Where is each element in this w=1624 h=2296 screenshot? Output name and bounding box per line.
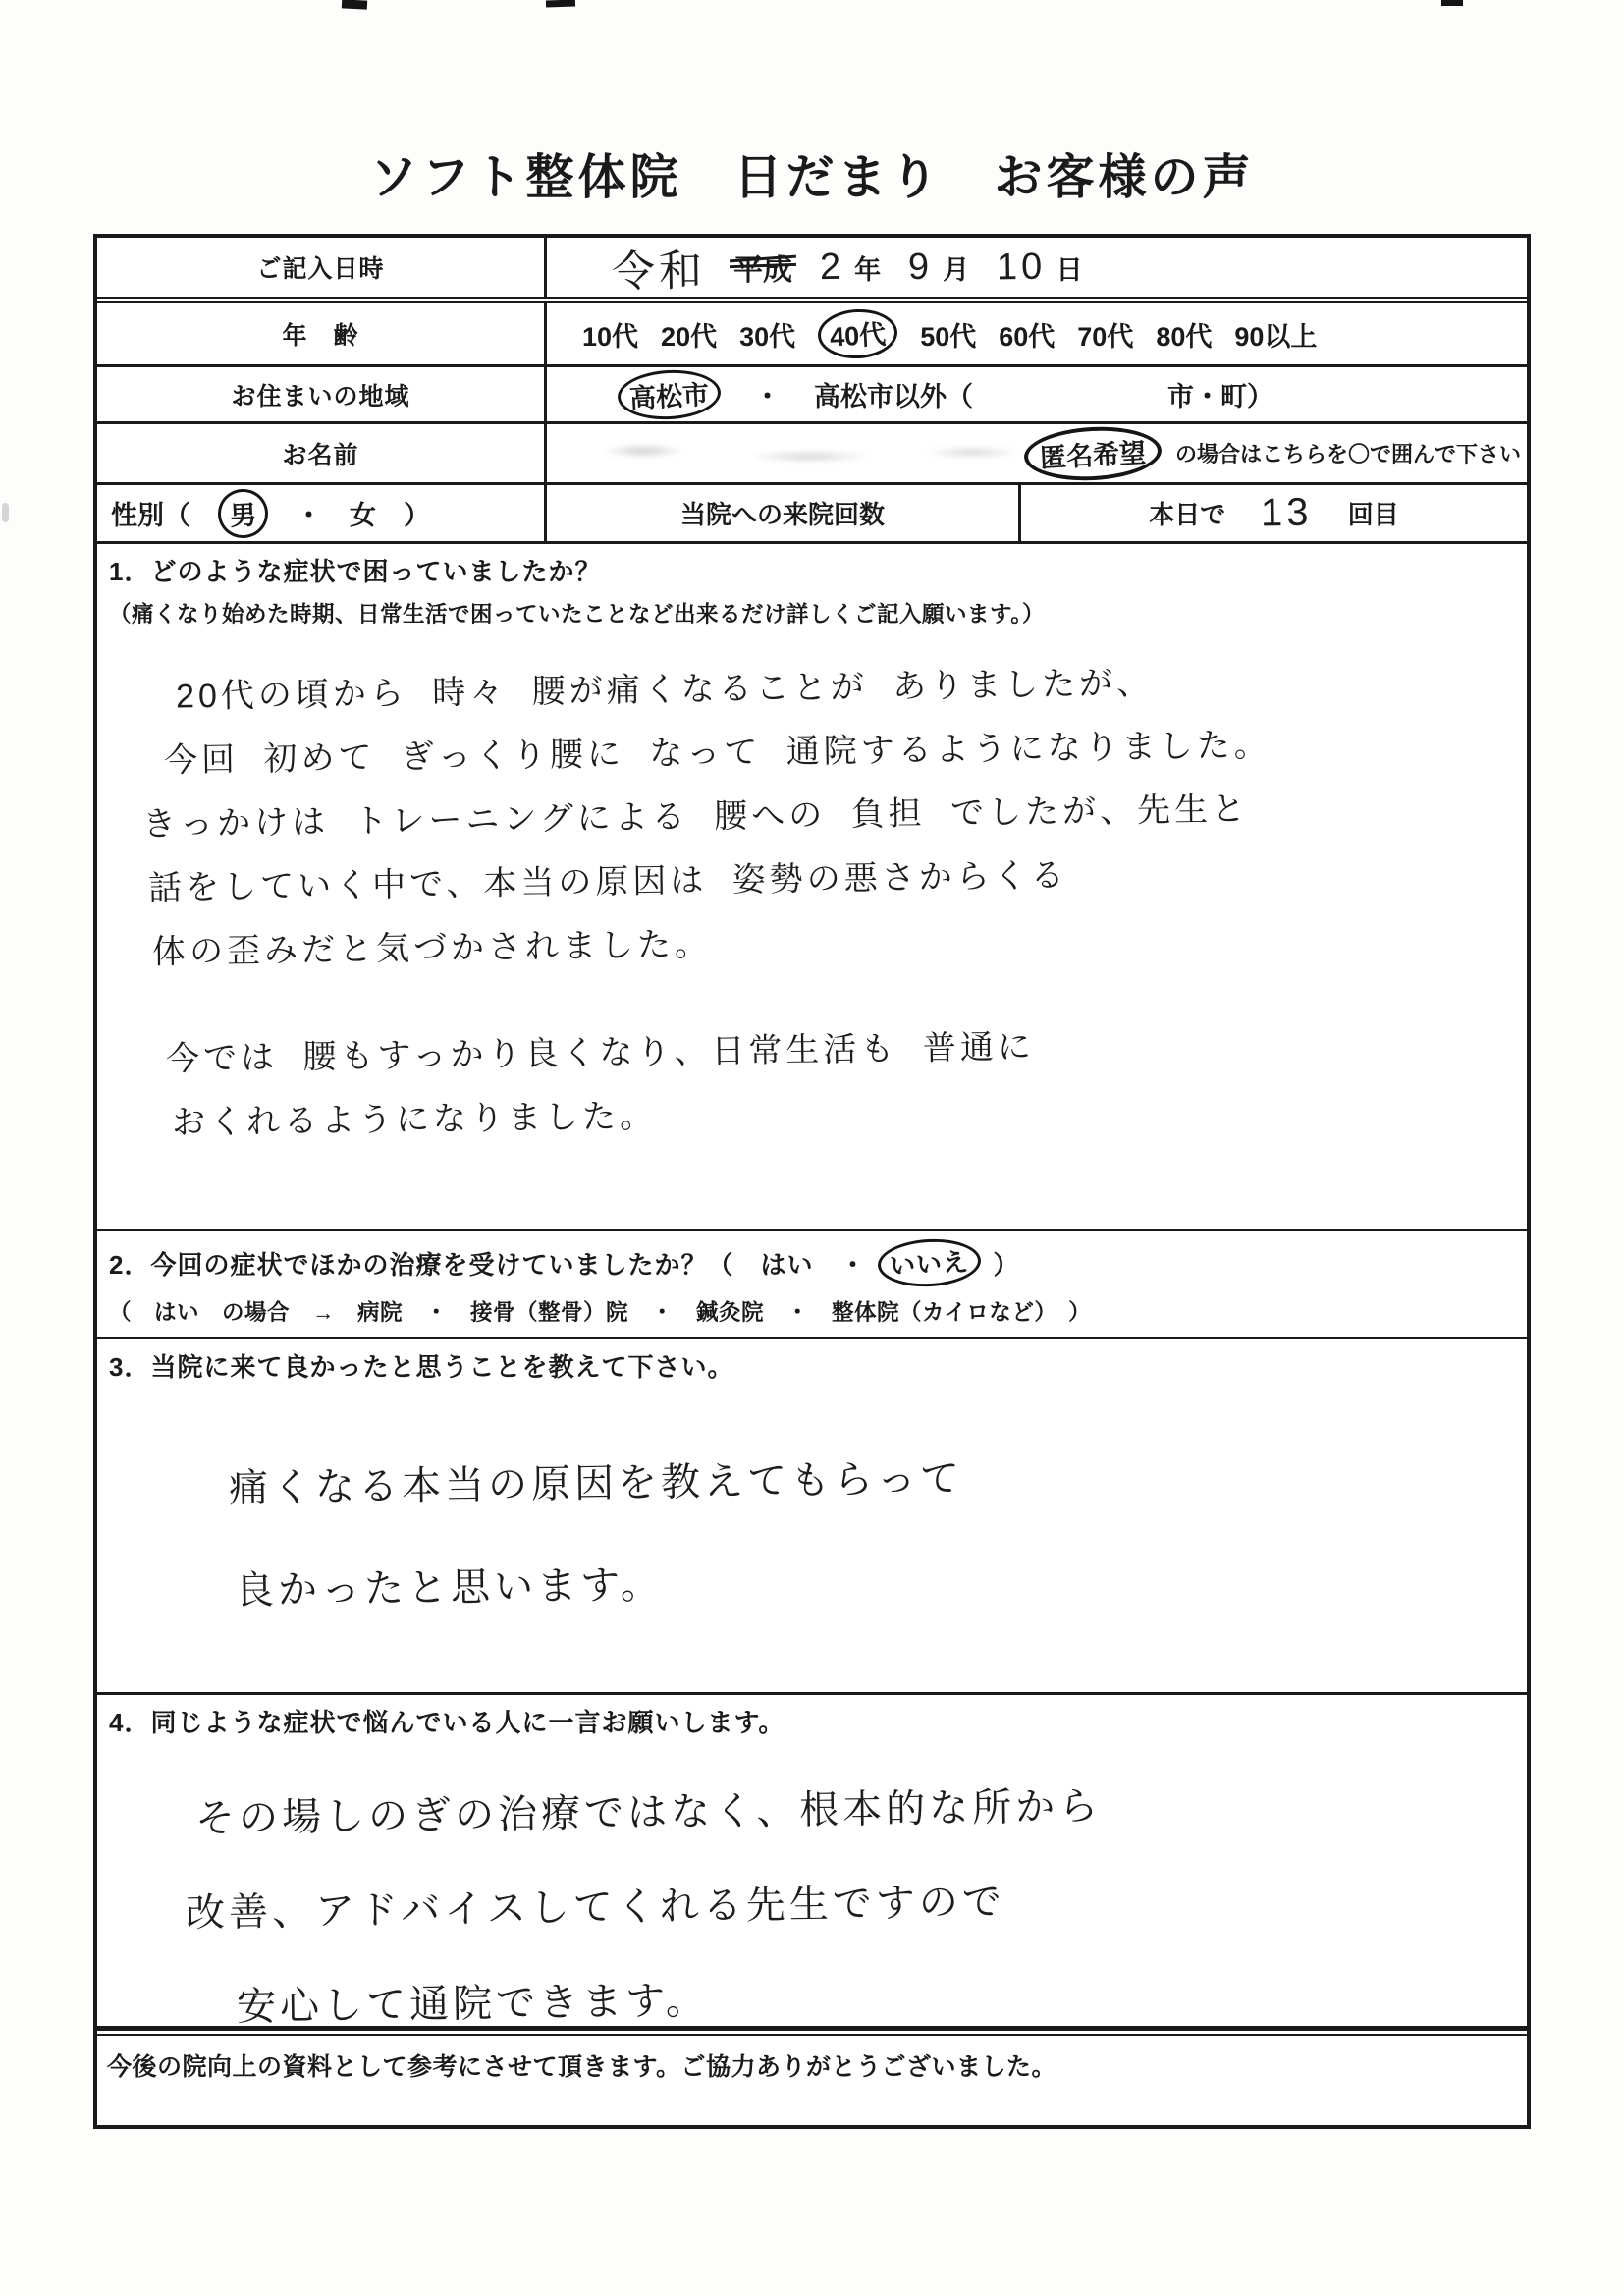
day-unit: 日 [1056, 248, 1083, 287]
question-1-heading: 1．どのような症状で困っていましたか？ [109, 552, 1515, 588]
handwritten-visit-count: 13 [1261, 491, 1313, 536]
visits-value-cell: 本日で 13 回目 [1021, 485, 1527, 541]
region-row-label: お住まいの地域 [97, 367, 547, 421]
day-pair: 10 日 [997, 246, 1082, 289]
month-pair: 9 月 [908, 246, 969, 289]
region-options: 高松市 ・ 高松市以外（ 市・町） [547, 367, 1527, 421]
question-1-note: （痛くなり始めた時期、日常生活で困っていたことなど出来るだけ詳しくご記入願います… [109, 597, 1515, 629]
year-unit: 年 [854, 248, 881, 287]
redacted-name-smudge [555, 440, 1046, 467]
gender-label-close: ） [404, 494, 430, 532]
printed-era-heisei-struck: 平成 [733, 246, 792, 289]
name-row-value: 匿名希望 の場合はこちらを〇で囲んで下さい [547, 424, 1527, 482]
date-row: ご記入日時 令和 平成 2 年 9 月 10 日 [97, 238, 1527, 303]
question-4-answer: その場しのぎの治療ではなく、根本的な所から 改善、アドバイスしてくれる先生ですの… [109, 1763, 1515, 2046]
answer-line: 改善、アドバイスしてくれる先生ですので [185, 1848, 1515, 1961]
gender-male-circled: 男 [217, 487, 270, 539]
handwritten-era-reiwa: 令和 [612, 235, 707, 299]
name-row-label: お名前 [97, 424, 547, 482]
gender-label-open: 性別（ [111, 494, 190, 532]
anonymous-option-circled: 匿名希望 [1023, 423, 1164, 483]
question-2-heading-prefix: 2．今回の症状でほかの治療を受けていましたか？（ はい ・ [109, 1245, 866, 1282]
scan-artifact [1441, 0, 1463, 6]
date-row-value: 令和 平成 2 年 9 月 10 日 [547, 238, 1527, 297]
answer-line: 痛くなる本当の原因を教えてもらって [228, 1420, 1515, 1540]
answer-line: その場しのぎの治療ではなく、根本的な所から [194, 1754, 1515, 1867]
gender-visits-row: 性別（ 男 ・ 女 ） 当院への来院回数 本日で 13 回目 [97, 485, 1527, 544]
scan-artifact [342, 0, 367, 10]
question-1-answer-paragraph-2: 今では 腰もすっかり良くなり、日常生活も 普通に おくれるようになりました。 [109, 1018, 1515, 1146]
handwritten-day: 10 [997, 246, 1047, 289]
age-option-90plus: 90以上 [1234, 315, 1317, 354]
question-4-heading: 4．同じような症状で悩んでいる人に一言お願いします。 [109, 1703, 1515, 1739]
question-3-answer: 痛くなる本当の原因を教えてもらって 良かったと思います。 [109, 1429, 1515, 1633]
region-option-other: 高松市以外（ [814, 375, 973, 413]
region-row: お住まいの地域 高松市 ・ 高松市以外（ 市・町） [97, 367, 1527, 424]
answer-line: 安心して通院できます。 [236, 1942, 1515, 2054]
visits-label: 当院への来院回数 [547, 485, 1021, 541]
handwritten-year: 2 [820, 246, 845, 288]
age-option-60s: 60代 [999, 315, 1055, 354]
handwritten-month: 9 [908, 246, 934, 288]
age-row-label: 年 齢 [97, 303, 547, 364]
age-option-10s: 10代 [582, 315, 638, 354]
region-option-takamatsu-circled: 高松市 [617, 367, 722, 421]
region-other-suffix: 市・町） [1167, 375, 1273, 413]
age-option-40s-circled: 40代 [817, 307, 899, 360]
year-pair: 2 年 [820, 246, 881, 289]
anonymous-instruction: の場合はこちらを〇で囲んで下さい [1175, 438, 1521, 468]
age-option-30s: 30代 [739, 315, 795, 354]
gender-cell: 性別（ 男 ・ 女 ） [97, 485, 547, 541]
age-options: 10代 20代 30代 40代 50代 60代 70代 80代 90以上 [547, 303, 1527, 364]
visits-prefix: 本日で [1149, 495, 1225, 531]
question-2-heading-suffix: ） [993, 1245, 1019, 1282]
page-title: ソフト整体院 日だまり お客様の声 [0, 139, 1624, 208]
question-2-answer-no-circled: いいえ [877, 1236, 982, 1288]
question-3-section: 3．当院に来て良かったと思うことを教えて下さい。 痛くなる本当の原因を教えてもら… [97, 1339, 1527, 1695]
question-1-answer: 20代の頃から 時々 腰が痛くなることが ありましたが、 今回 初めて ぎっくり… [109, 656, 1515, 975]
feedback-form-table: ご記入日時 令和 平成 2 年 9 月 10 日 年 齢 [93, 234, 1531, 2129]
scan-artifact [546, 0, 575, 8]
region-separator-dot: ・ [754, 375, 781, 413]
answer-line: 良かったと思います。 [234, 1522, 1515, 1642]
age-option-20s: 20代 [661, 315, 717, 354]
question-2-section: 2．今回の症状でほかの治療を受けていましたか？（ はい ・ いいえ ） （ はい… [97, 1231, 1527, 1339]
question-3-heading: 3．当院に来て良かったと思うことを教えて下さい。 [109, 1347, 1515, 1384]
gender-female: 女 [350, 494, 376, 532]
visits-suffix: 回目 [1348, 495, 1399, 531]
age-option-70s: 70代 [1077, 315, 1133, 354]
question-1-section: 1．どのような症状で困っていましたか？ （痛くなり始めた時期、日常生活で困ってい… [97, 544, 1527, 1231]
age-option-50s: 50代 [920, 315, 976, 354]
scan-artifact [2, 503, 9, 522]
question-2-heading: 2．今回の症状でほかの治療を受けていましたか？（ はい ・ いいえ ） [109, 1239, 1515, 1286]
age-row: 年 齢 10代 20代 30代 40代 50代 60代 70代 80代 90以上 [97, 303, 1527, 367]
scanned-feedback-form: ソフト整体院 日だまり お客様の声 ご記入日時 令和 平成 2 年 9 月 10… [0, 0, 1624, 2296]
question-4-section: 4．同じような症状で悩んでいる人に一言お願いします。 その場しのぎの治療ではなく… [97, 1695, 1527, 2029]
name-row: お名前 匿名希望 の場合はこちらを〇で囲んで下さい [97, 424, 1527, 485]
age-option-80s: 80代 [1156, 315, 1212, 354]
date-row-label: ご記入日時 [97, 238, 547, 297]
gender-separator-dot: ・ [296, 494, 322, 532]
question-2-note: （ はい の場合 → 病院 ・ 接骨（整骨）院 ・ 鍼灸院 ・ 整体院（カイロな… [109, 1295, 1515, 1327]
month-unit: 月 [943, 248, 969, 287]
